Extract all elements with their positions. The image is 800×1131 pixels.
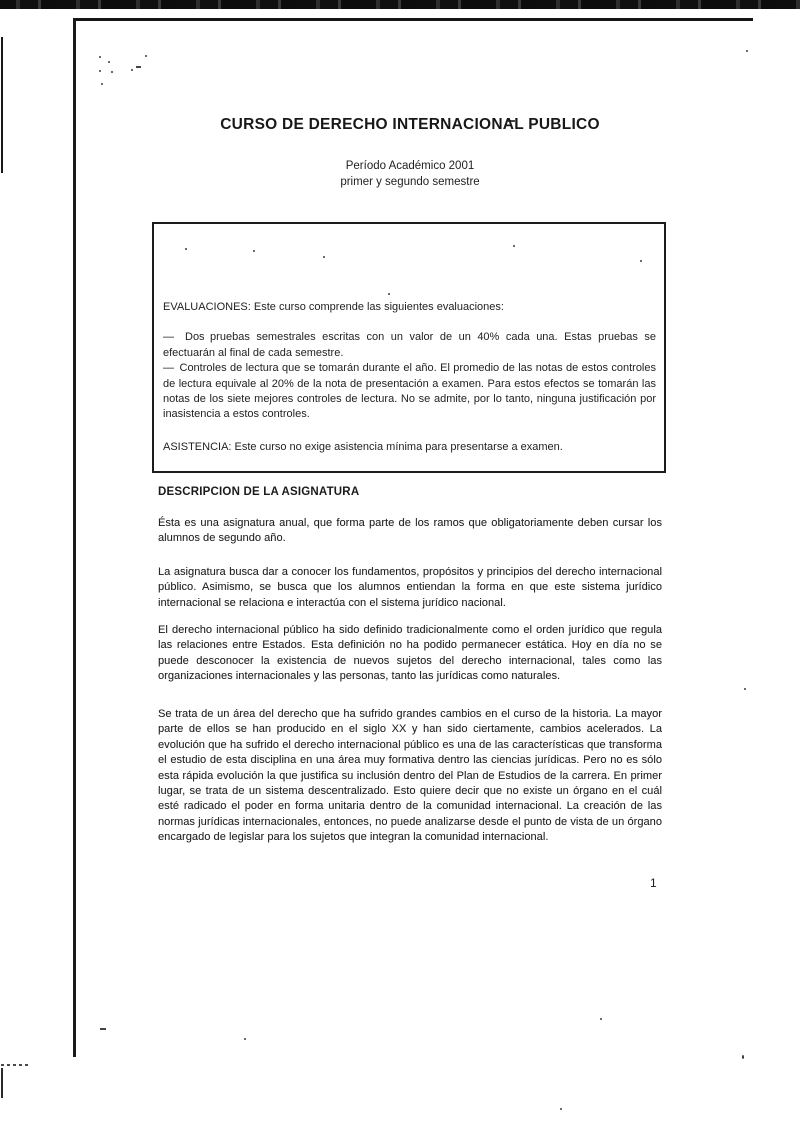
scan-speck	[108, 61, 110, 63]
scanned-document-page: CURSO DE DERECHO INTERNACIONAL PUBLICO P…	[0, 0, 800, 1131]
scan-speck	[145, 55, 147, 57]
page-left-edge-line	[73, 18, 76, 1057]
scan-speck	[99, 56, 101, 58]
attendance-note: ASISTENCIA: Este curso no exige asistenc…	[163, 440, 656, 455]
scan-speck	[600, 1018, 602, 1020]
scan-speck	[244, 1038, 246, 1040]
page-number: 1	[650, 876, 657, 890]
document-subtitle: Período Académico 2001 primer y segundo …	[158, 159, 662, 190]
scan-speck	[744, 688, 746, 690]
scanner-edge-left-artifact	[1, 37, 3, 173]
description-paragraph-3: El derecho internacional público ha sido…	[158, 623, 662, 685]
evaluation-item-semester-tests: — Dos pruebas semestrales escritas con u…	[163, 330, 656, 361]
scan-speck	[131, 69, 133, 71]
scanner-edge-top-artifact	[0, 0, 800, 9]
document-title: CURSO DE DERECHO INTERNACIONAL PUBLICO	[158, 116, 662, 134]
scan-noise-dotted-row	[1, 1064, 29, 1066]
scan-speck	[111, 71, 113, 73]
scan-speck	[101, 83, 103, 85]
evaluation-item-reading-controls: — Controles de lectura que se tomarán du…	[163, 361, 656, 423]
scan-noise-line	[1, 1068, 3, 1098]
scan-speck	[560, 1108, 562, 1110]
page-top-edge-line	[73, 18, 753, 21]
section-heading-course-description: DESCRIPCION DE LA ASIGNATURA	[158, 486, 662, 498]
description-paragraph-4: Se trata de un área del derecho que ha s…	[158, 707, 662, 846]
scan-speck	[746, 50, 748, 52]
scan-speck	[99, 70, 101, 72]
description-paragraph-1: Ésta es una asignatura anual, que forma …	[158, 516, 662, 547]
scan-speck	[100, 1028, 106, 1030]
scan-speck	[136, 66, 141, 68]
description-paragraph-2: La asignatura busca dar a conocer los fu…	[158, 565, 662, 611]
subtitle-line-semesters: primer y segundo semestre	[158, 175, 662, 191]
scan-speck	[742, 1055, 744, 1059]
evaluations-intro: EVALUACIONES: Este curso comprende las s…	[163, 300, 656, 315]
subtitle-line-academic-period: Período Académico 2001	[158, 159, 662, 175]
evaluations-box: EVALUACIONES: Este curso comprende las s…	[152, 222, 666, 473]
